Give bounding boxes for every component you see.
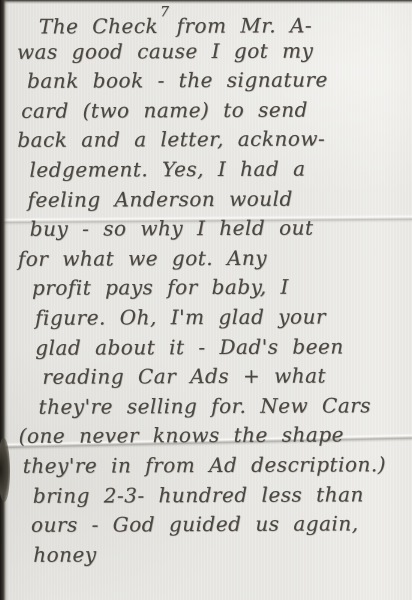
handwritten-line: card (two name) to send — [21, 95, 409, 126]
handwritten-line: they're in from Ad description.) — [23, 450, 411, 481]
line-text: The Check — [39, 14, 158, 39]
handwritten-line: glad about it - Dad's been — [35, 332, 410, 363]
handwritten-line: back and a letter, acknow- — [17, 125, 409, 156]
handwritten-line: ledgement. Yes, I had a — [29, 154, 409, 185]
handwritten-line: for what we got. Any — [18, 243, 410, 274]
handwritten-line: they're selling for. New Cars — [38, 391, 410, 422]
handwritten-line: was good cause I got my — [17, 36, 409, 67]
handwritten-line: reading Car Ads + what — [42, 361, 410, 392]
handwritten-line: ours - God guided us again, — [31, 509, 411, 540]
handwritten-line: bring 2-3- hundred less than — [33, 480, 411, 511]
handwritten-line: profit pays for baby, I — [32, 272, 410, 303]
handwritten-letter-page: The Check7from Mr. A- was good cause I g… — [0, 0, 412, 600]
handwritten-line: (one never knows the shape — [19, 420, 411, 451]
handwritten-line: The Check7from Mr. A- — [39, 6, 409, 37]
handwritten-line: figure. Oh, I'm glad your — [35, 302, 410, 333]
page-number: 7 — [160, 0, 170, 28]
handwritten-line: bank book - the signature — [27, 65, 409, 96]
handwritten-line: feeling Anderson would — [28, 184, 410, 215]
letter-body: The Check7from Mr. A- was good cause I g… — [15, 6, 411, 570]
line-text: from Mr. A- — [176, 13, 312, 38]
handwritten-line: buy - so why I held out — [30, 213, 410, 244]
scan-edge-top — [0, 0, 412, 4]
scan-edge-left — [0, 0, 8, 600]
handwritten-line: honey — [33, 539, 411, 570]
